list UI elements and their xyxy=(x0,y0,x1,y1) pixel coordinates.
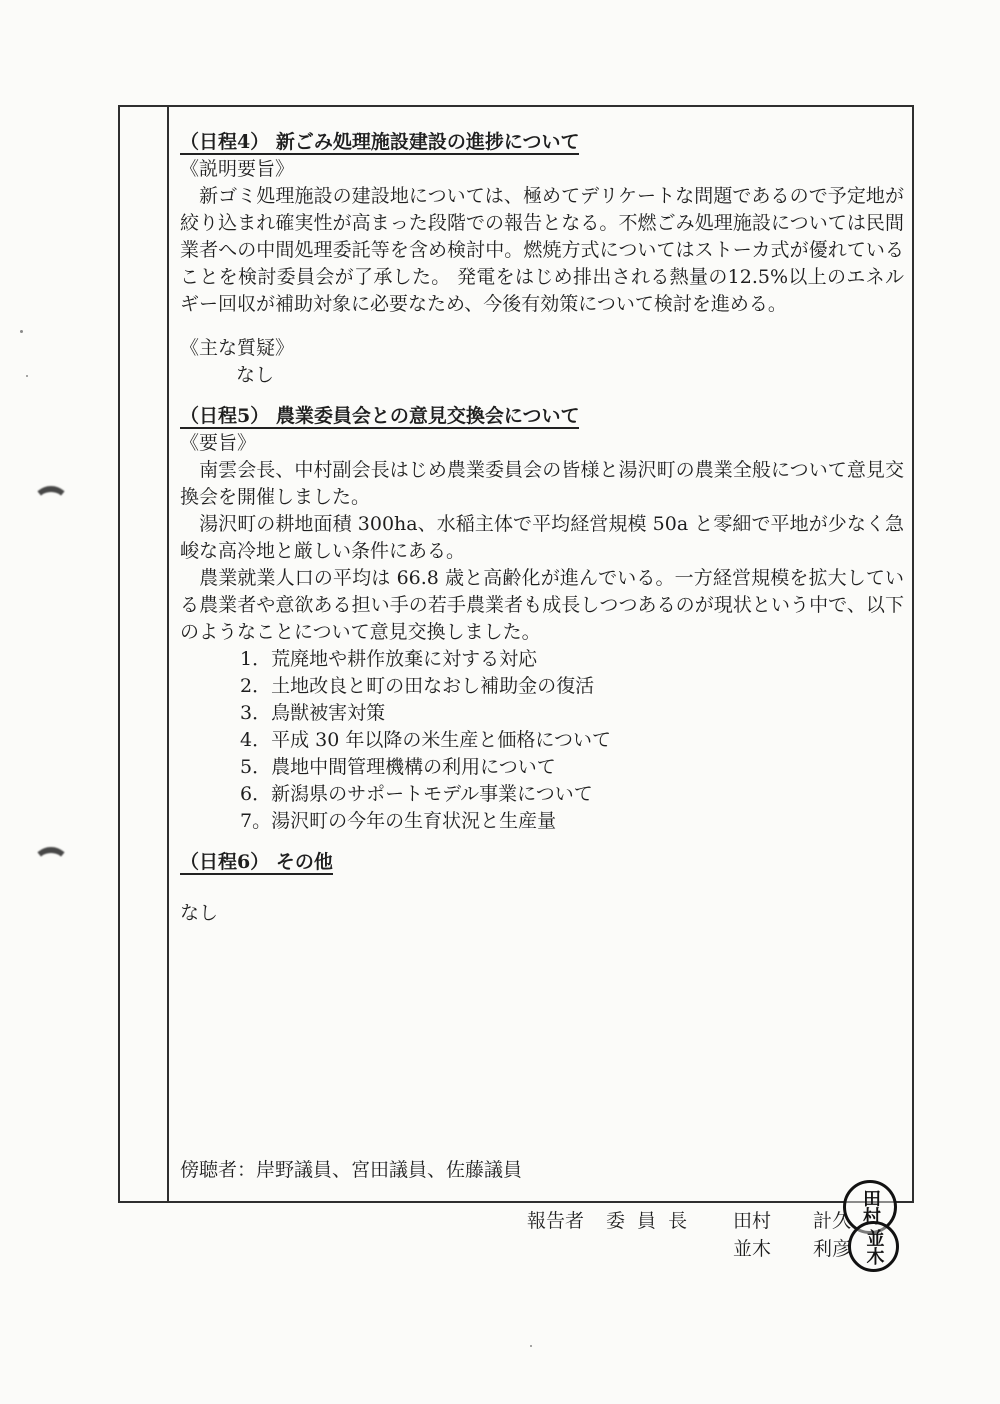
scan-speck xyxy=(530,1345,532,1347)
reporter-name-1: 田村 計久 xyxy=(733,1208,851,1235)
agenda4-questions-answer: なし xyxy=(180,362,904,389)
reporter-name-1-family: 田村 xyxy=(733,1208,771,1235)
reporter-name-2-family: 並木 xyxy=(733,1236,771,1263)
reporter-label: 報告者 xyxy=(527,1208,584,1235)
agenda4-questions-label: 《主な質疑》 xyxy=(180,335,904,362)
agenda5-summary-label: 《要旨》 xyxy=(180,430,904,457)
agenda6-content: なし xyxy=(180,900,904,927)
punch-hole-bottom xyxy=(33,847,69,879)
agenda4-summary-label: 《説明要旨》 xyxy=(180,156,904,183)
punch-hole-top xyxy=(33,486,69,518)
scan-speck xyxy=(26,375,28,377)
agenda5-paragraph-3: 農業就業人口の平均は 66.8 歳と高齢化が進んでいる。一方経営規模を拡大してい… xyxy=(180,565,904,646)
agenda6-heading: （日程6） その他 xyxy=(180,851,333,875)
hanko-seal-tamura-text: 田村 xyxy=(861,1189,879,1225)
report-table: （日程4） 新ごみ処理施設建設の進捗について 《説明要旨》 新ゴミ処理施設の建設… xyxy=(118,105,914,1203)
agenda5-paragraph-2: 湯沢町の耕地面積 300ha、水稲主体で平均経営規模 50a と零細で平地が少な… xyxy=(180,511,904,565)
observers-line: 傍聴者：岸野議員、宮田議員、佐藤議員 xyxy=(180,1157,522,1184)
discussion-item: 2．土地改良と町の田なおし補助金の復活 xyxy=(180,673,904,700)
hanko-seal-namiki: 並木 xyxy=(848,1221,899,1272)
agenda5-paragraph-1: 南雲会長、中村副会長はじめ農業委員会の皆様と湯沢町の農業全般について意見交換会を… xyxy=(180,457,904,511)
agenda4-paragraph: 新ゴミ処理施設の建設地については、極めてデリケートな問題であるので予定地が絞り込… xyxy=(180,183,904,318)
table-content: （日程4） 新ごみ処理施設建設の進捗について 《説明要旨》 新ゴミ処理施設の建設… xyxy=(171,107,912,1201)
discussion-item: 6．新潟県のサポートモデル事業について xyxy=(180,781,904,808)
scan-speck xyxy=(20,330,23,333)
table-margin-column xyxy=(120,107,169,1201)
discussion-item: 1．荒廃地や耕作放棄に対する対応 xyxy=(180,646,904,673)
agenda4-heading: （日程4） 新ごみ処理施設建設の進捗について xyxy=(180,131,579,155)
discussion-item: 7。湯沢町の今年の生育状況と生産量 xyxy=(180,808,904,835)
chairman-title-label: 委 員 長 xyxy=(606,1208,690,1235)
hanko-seal-namiki-text: 並木 xyxy=(865,1229,883,1265)
agenda5-heading: （日程5） 農業委員会との意見交換会について xyxy=(180,405,579,429)
discussion-item: 5．農地中間管理機構の利用について xyxy=(180,754,904,781)
discussion-item: 3．鳥獣被害対策 xyxy=(180,700,904,727)
discussion-item: 4．平成 30 年以降の米生産と価格について xyxy=(180,727,904,754)
reporter-name-2: 並木 利彦 xyxy=(733,1236,851,1263)
reporter-name-2-given: 利彦 xyxy=(813,1236,851,1263)
